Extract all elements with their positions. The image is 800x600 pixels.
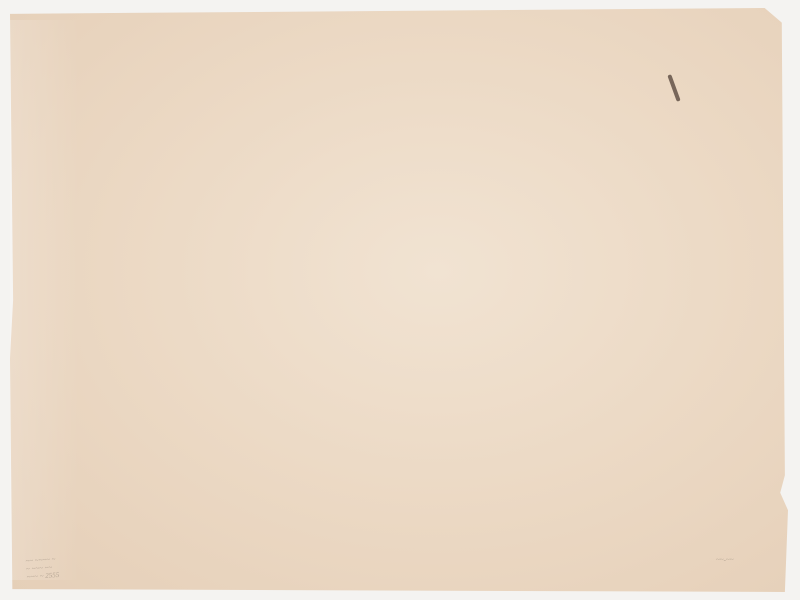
pencil-annotation-bottom-left: ~~ ~~~~ ~ ~ ~~~ ~~ ~~~ ~ 2555 (25, 555, 59, 581)
paper-sheet (10, 8, 788, 592)
pencil-annotation-bottom-right: ~~-~~ (716, 556, 733, 564)
